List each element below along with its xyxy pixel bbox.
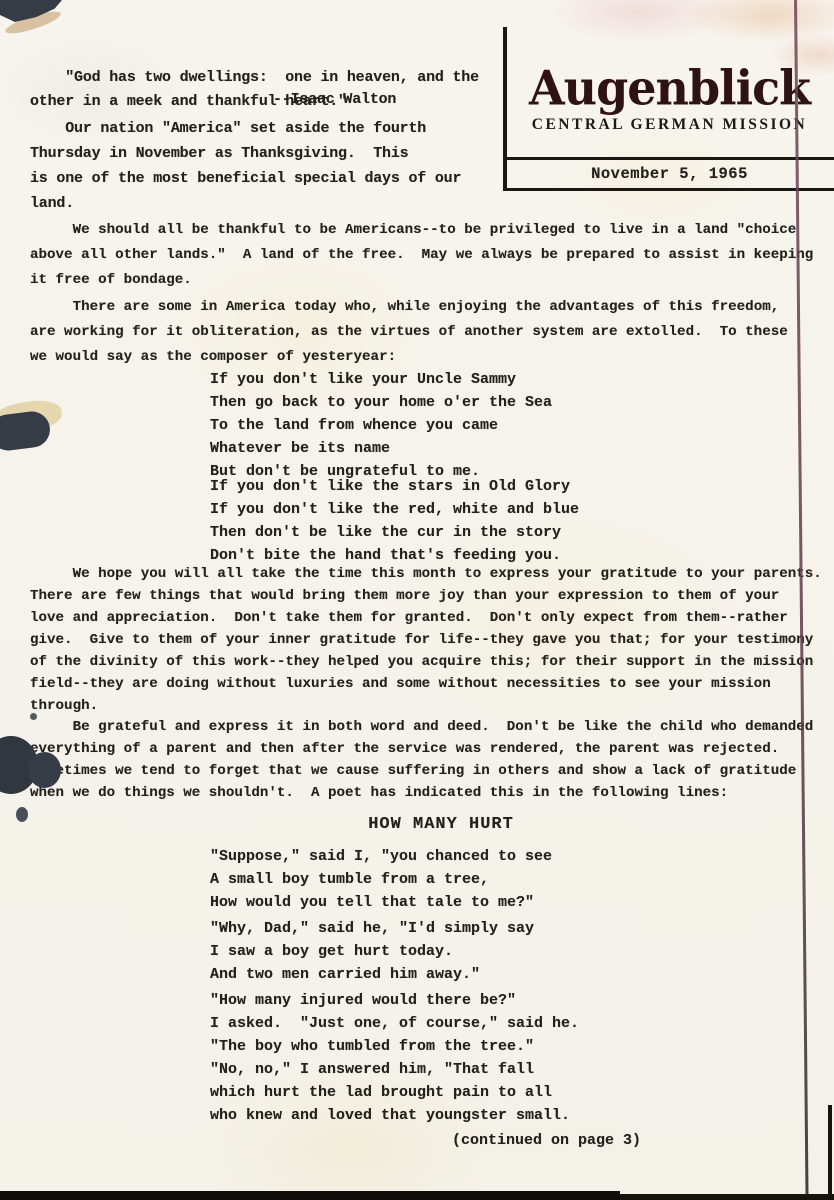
- continuation-note: (continued on page 3): [452, 1130, 641, 1152]
- ink-speck: [16, 807, 28, 822]
- scanned-newsletter-page: Augenblick CENTRAL GERMAN MISSION Novemb…: [0, 0, 834, 1200]
- poem-uncle-sammy-stanza-1: If you don't like your Uncle Sammy Then …: [210, 368, 770, 483]
- poem-how-many-hurt-stanza-4: "No, no," I answered him, "That fall whi…: [210, 1058, 770, 1127]
- masthead-date: November 5, 1965: [505, 161, 834, 187]
- paragraph-thankful: We should all be thankful to be American…: [30, 218, 834, 293]
- scan-edge-right: [828, 1105, 832, 1200]
- poem-how-many-hurt-title: HOW MANY HURT: [210, 814, 672, 836]
- masthead-rule-top: [503, 157, 834, 160]
- poem-how-many-hurt-stanza-3: "How many injured would there be?" I ask…: [210, 989, 770, 1058]
- scan-edge-bottom-left: [0, 1191, 620, 1200]
- poem-how-many-hurt-stanza-2: "Why, Dad," said he, "I'd simply say I s…: [210, 917, 770, 986]
- poem-uncle-sammy-stanza-2: If you don't like the stars in Old Glory…: [210, 475, 770, 567]
- paragraph-intro: Our nation "America" set aside the fourt…: [30, 116, 480, 216]
- masthead-subtitle: CENTRAL GERMAN MISSION: [505, 116, 834, 134]
- poem-how-many-hurt-stanza-1: "Suppose," said I, "you chanced to see A…: [210, 845, 770, 914]
- ink-speck-small: [30, 713, 37, 720]
- paragraph-grateful: Be grateful and express it in both word …: [30, 716, 834, 804]
- masthead-title: Augenblick: [505, 59, 834, 117]
- paragraph-gratitude: We hope you will all take the time this …: [30, 563, 834, 717]
- punch-hole-lower-lobe: [28, 752, 61, 788]
- masthead-rule-bottom: [503, 188, 834, 191]
- punch-hole-upper: [0, 409, 52, 452]
- paragraph-freedom: There are some in America today who, whi…: [30, 295, 834, 370]
